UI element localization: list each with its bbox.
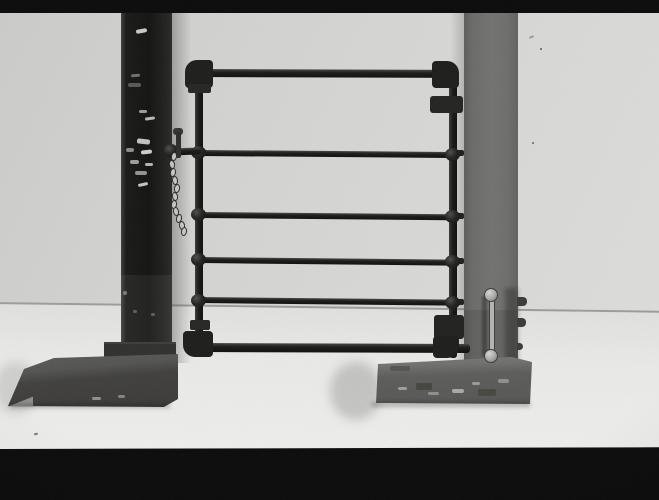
base-speckle bbox=[428, 392, 439, 395]
ball-joint bbox=[191, 208, 206, 221]
base-speckle bbox=[118, 395, 125, 398]
latch-pin-shadow bbox=[482, 296, 487, 356]
pipe-elbow-bottom-right bbox=[433, 336, 459, 358]
pipe-elbow-top-right bbox=[432, 61, 459, 88]
latch-pin-bottom-ball bbox=[484, 349, 498, 363]
nail-hole-mark bbox=[123, 291, 127, 295]
studio-backdrop bbox=[0, 10, 659, 330]
ball-joint bbox=[445, 296, 460, 309]
ball-joint bbox=[445, 255, 460, 268]
right-base-ground-shadow bbox=[372, 402, 530, 407]
scratch-mark bbox=[126, 148, 134, 152]
nail-hole-mark bbox=[151, 313, 155, 316]
scratch-mark bbox=[128, 83, 141, 87]
latch-keeper-peg bbox=[517, 318, 526, 327]
base-speckle bbox=[390, 366, 410, 371]
right-post-latch-pin bbox=[489, 297, 495, 357]
pipe-collar-bottom-left bbox=[190, 320, 210, 330]
pipe-elbow-bottom-left bbox=[183, 331, 213, 357]
ball-joint bbox=[445, 210, 460, 223]
base-speckle bbox=[452, 389, 464, 393]
ball-joint bbox=[191, 253, 206, 266]
base-speckle bbox=[478, 389, 496, 396]
latch-pin-top-ball bbox=[484, 288, 498, 302]
base-speckle bbox=[416, 383, 432, 390]
right-base-shadow bbox=[330, 362, 382, 420]
base-speckle bbox=[92, 397, 101, 400]
hinge-clamp-top-right bbox=[430, 96, 463, 113]
latch-keeper-peg bbox=[517, 297, 527, 306]
photograph bbox=[0, 0, 659, 500]
base-speckle bbox=[498, 379, 509, 383]
ball-joint bbox=[445, 148, 460, 161]
left-base-ground-shadow bbox=[10, 404, 170, 408]
pipe-collar-top-left bbox=[188, 84, 211, 93]
dust-speck bbox=[532, 142, 534, 144]
scratch-mark bbox=[130, 160, 139, 164]
film-border-bottom bbox=[0, 447, 659, 500]
gate-bar-6 bbox=[197, 343, 470, 353]
base-speckle bbox=[398, 387, 407, 390]
latch-pin bbox=[176, 132, 181, 150]
film-border-top bbox=[0, 0, 659, 13]
nail-hole-mark bbox=[133, 310, 137, 313]
scratch-mark bbox=[145, 163, 153, 166]
scratch-mark bbox=[139, 110, 147, 113]
gate-bar-1 bbox=[197, 69, 455, 78]
dust-speck bbox=[540, 48, 542, 50]
scratch-mark bbox=[135, 171, 147, 175]
ball-joint bbox=[191, 294, 206, 307]
base-speckle bbox=[472, 382, 480, 385]
